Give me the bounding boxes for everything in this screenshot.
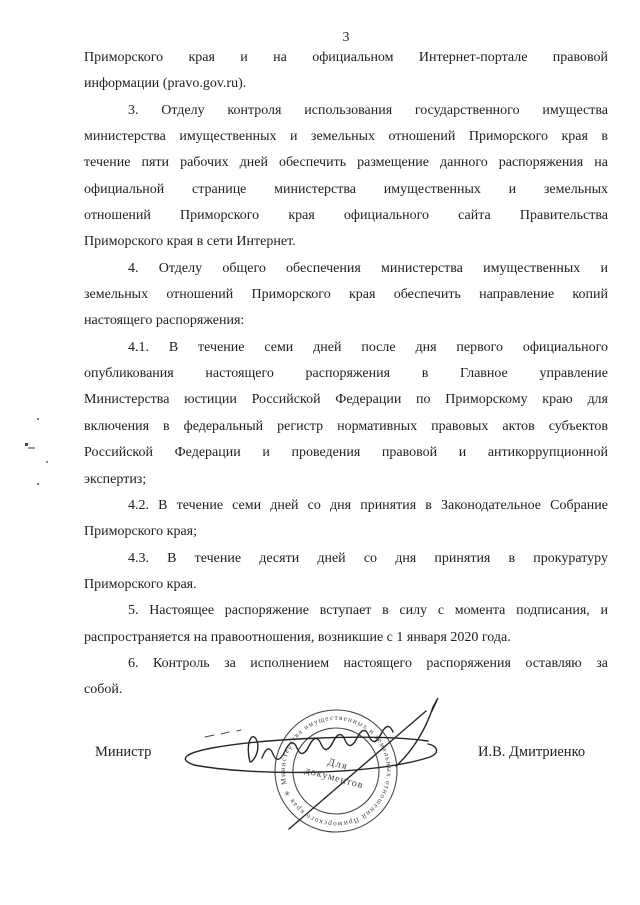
signature-lead-dash (205, 735, 214, 737)
text-line: информации (pravo.gov.ru). (84, 71, 608, 97)
signature (185, 698, 438, 829)
text-line: 5. Настоящее распоряжение вступает в сил… (84, 598, 608, 624)
signature-and-stamp: Министерства имущественных и земельных о… (140, 680, 480, 885)
text-line: 6. Контроль за исполнением настоящего ра… (84, 651, 608, 677)
text-line: настоящего распоряжения: (84, 308, 608, 334)
text-line: отношений Приморского края официального … (84, 203, 608, 229)
text-line: включения в федеральный регистр норматив… (84, 414, 608, 440)
scan-artifact (25, 443, 28, 446)
signature-initial-stroke (248, 737, 258, 762)
signer-name: И.В. Дмитриенко (478, 744, 585, 761)
signature-lead-dash (237, 730, 241, 731)
text-line: Приморского края в сети Интернет. (84, 229, 608, 255)
scan-artifact (37, 483, 39, 485)
text-line: 4.3. В течение десяти дней со дня принят… (84, 546, 608, 572)
text-line: Министерства юстиции Российской Федераци… (84, 387, 608, 413)
page-number: 3 (84, 30, 608, 46)
document-body: Приморского края и на официальном Интерн… (84, 45, 608, 704)
text-line: 4. Отделу общего обеспечения министерств… (84, 256, 608, 282)
text-line: министерства имущественных и земельных о… (84, 124, 608, 150)
text-line: Российской Федерации и проведения правов… (84, 440, 608, 466)
text-line: опубликования настоящего распоряжения в … (84, 361, 608, 387)
text-line: распространяется на правоотношения, возн… (84, 625, 608, 651)
scan-artifact (37, 418, 39, 420)
signature-lead-dash (221, 732, 229, 734)
text-line: Приморского края. (84, 572, 608, 598)
text-line: экспертиз; (84, 467, 608, 493)
text-line: 4.1. В течение семи дней после дня перво… (84, 335, 608, 361)
text-line: 3. Отделу контроля использования государ… (84, 98, 608, 124)
text-line: официальной странице министерства имущес… (84, 177, 608, 203)
text-line: течение пяти рабочих дней обеспечить раз… (84, 150, 608, 176)
scan-artifact (28, 447, 35, 449)
text-line: Приморского края; (84, 519, 608, 545)
text-line: 4.2. В течение семи дней со дня принятия… (84, 493, 608, 519)
text-line: Приморского края и на официальном Интерн… (84, 45, 608, 71)
scan-artifact (46, 461, 48, 463)
text-line: земельных отношений Приморского края обе… (84, 282, 608, 308)
